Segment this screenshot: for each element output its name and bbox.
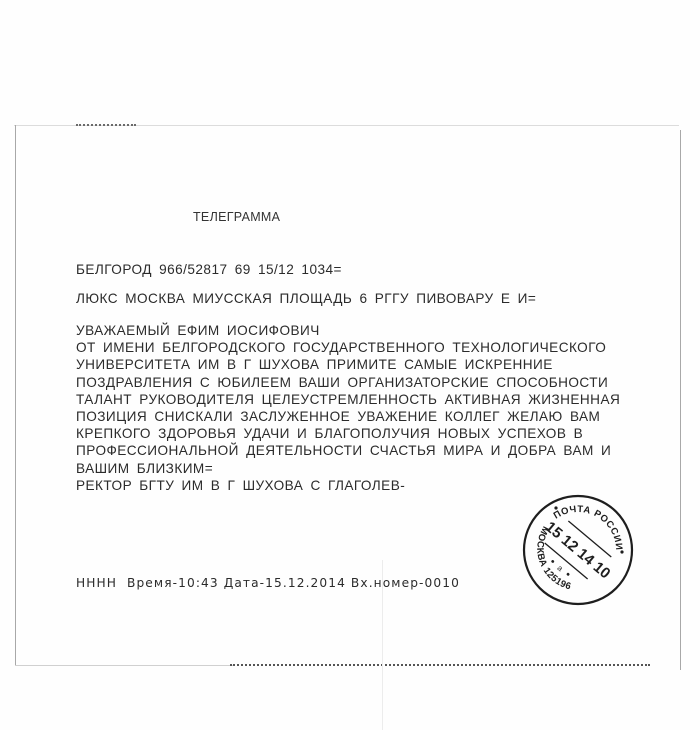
telegram-title: ТЕЛЕГРАММА [193,210,280,224]
body-line: ОТ ИМЕНИ БЕЛГОРОДСКОГО ГОСУДАРСТВЕННОГО … [76,339,620,356]
perforation-bottom [230,664,650,666]
telegram-form-bottom-edge [15,665,235,666]
body-line: КРЕПКОГО ЗДОРОВЬЯ УДАЧИ И БЛАГОПОЛУЧИЯ Н… [76,425,620,442]
stamp-letter: а [555,563,565,573]
body-line: ПОЗДРАВЛЕНИЯ С ЮБИЛЕЕМ ВАШИ ОРГАНИЗАТОРС… [76,374,620,391]
body-line: ПОЗИЦИЯ СНИСКАЛИ ЗАСЛУЖЕННОЕ УВАЖЕНИЕ КО… [76,408,620,425]
telegram-body: УВАЖАЕМЫЙ ЕФИМ ИОСИФОВИЧ ОТ ИМЕНИ БЕЛГОР… [76,322,620,494]
body-line: ТАЛАНТ РУКОВОДИТЕЛЯ ЦЕЛЕУСТРЕМЛЕННОСТЬ А… [76,391,620,408]
perforation-top [76,124,136,126]
telegram-header-line: БЕЛГОРОД 966/52817 69 15/12 1034= [76,262,342,277]
body-line: УНИВЕРСИТЕТА ИМ В Г ШУХОВА ПРИМИТЕ САМЫЕ… [76,356,620,373]
telegram-address-line: ЛЮКС МОСКВА МИУССКАЯ ПЛОЩАДЬ 6 РГГУ ПИВО… [76,291,536,306]
postal-stamp-icon: ПОЧТА РОССИИ МОСКВА 125196 15 12 14 10 а [518,490,638,610]
body-line-salutation: УВАЖАЕМЫЙ ЕФИМ ИОСИФОВИЧ [76,322,620,339]
body-line: ВАШИМ БЛИЗКИМ= [76,460,620,477]
telegram-form-left-edge [15,125,16,665]
telegram-form-right-edge [680,130,681,670]
telegram-receipt-footer: НННН Время-10:43 Дата-15.12.2014 Вх.номе… [76,576,460,590]
body-line: ПРОФЕССИОНАЛЬНОЙ ДЕЯТЕЛЬНОСТИ СЧАСТЬЯ МИ… [76,442,620,459]
